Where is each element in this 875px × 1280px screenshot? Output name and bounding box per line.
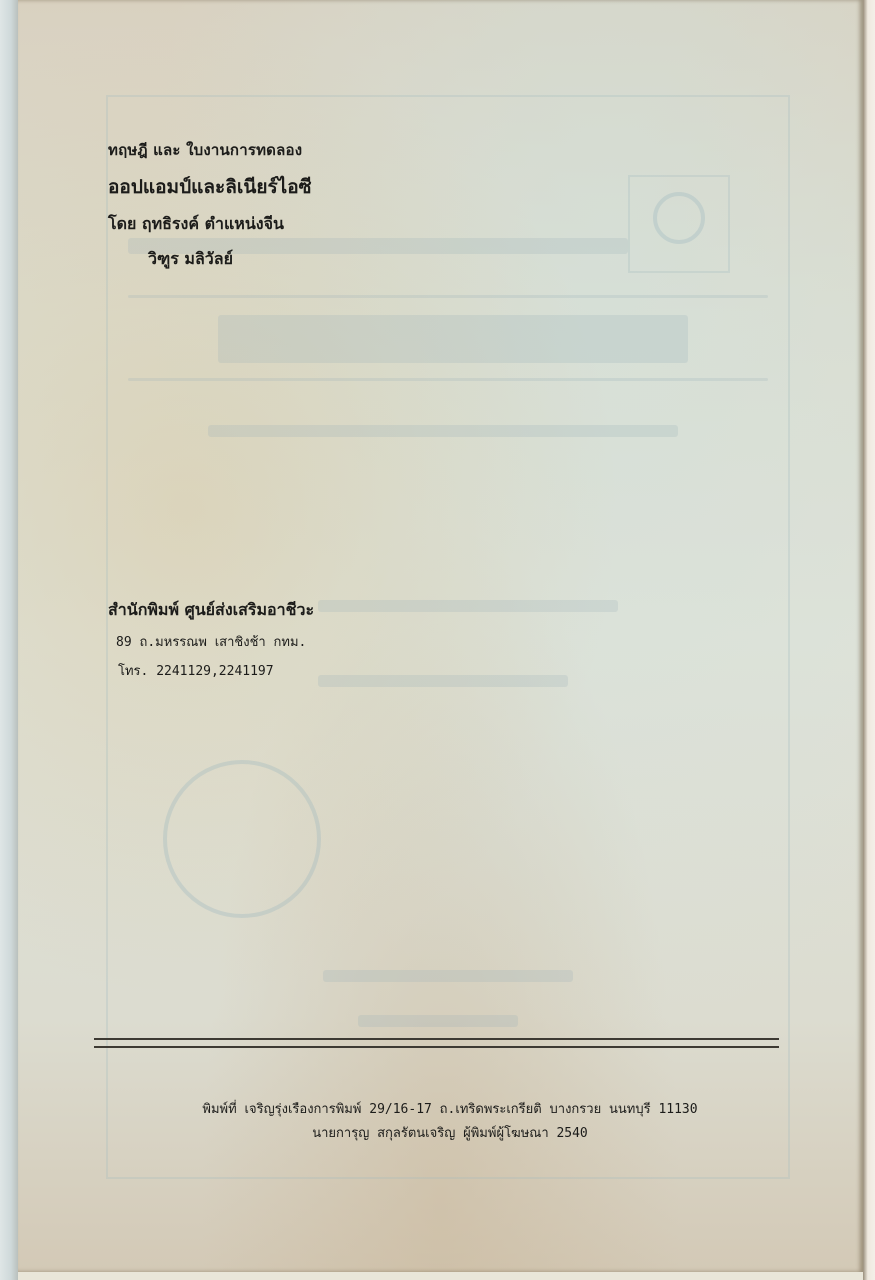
bleed-through-line <box>128 295 768 298</box>
bleed-through-line <box>128 378 768 381</box>
publisher-block: สำนักพิมพ์ ศูนย์ส่งเสริมอาชีวะ 89 ถ.มหรร… <box>108 598 314 681</box>
scan-left-edge <box>0 0 18 1280</box>
bleed-through-logo <box>653 192 705 244</box>
author-line: โดย ฤทธิรงค์ ตำแหน่งจีน <box>108 212 312 237</box>
bleed-through-seal <box>163 760 321 918</box>
publisher-line: นายการุญ สกุลรัตนเจริญ ผู้พิมพ์ผู้โฆษณา … <box>100 1122 800 1146</box>
imprint-block: พิมพ์ที่ เจริญรุ่งเรืองการพิมพ์ 29/16-17… <box>100 1098 800 1146</box>
bleed-through-text <box>323 970 573 982</box>
publisher-phone: โทร. 2241129,2241197 <box>108 660 314 681</box>
scan-right-edge <box>863 0 875 1280</box>
bleed-through-text <box>318 675 568 687</box>
publisher-address: 89 ถ.มหรรณพ เสาชิงช้า กทม. <box>108 631 314 652</box>
double-rule-divider <box>94 1038 779 1048</box>
series-line: ทฤษฎี และ ใบงานการทดลอง <box>108 138 312 162</box>
bleed-through-subtitle <box>208 425 678 437</box>
bleed-through-text <box>318 600 618 612</box>
publisher-name: สำนักพิมพ์ ศูนย์ส่งเสริมอาชีวะ <box>108 598 314 623</box>
bleed-through-text <box>358 1015 518 1027</box>
title-block: ทฤษฎี และ ใบงานการทดลอง ออปแอมป์และลิเนี… <box>108 138 312 272</box>
bleed-through-title <box>218 315 688 363</box>
coauthor-line: วิฑูร มลิวัลย์ <box>108 247 312 272</box>
printer-line: พิมพ์ที่ เจริญรุ่งเรืองการพิมพ์ 29/16-17… <box>100 1098 800 1122</box>
book-title: ออปแอมป์และลิเนียร์ไอซี <box>108 172 312 202</box>
